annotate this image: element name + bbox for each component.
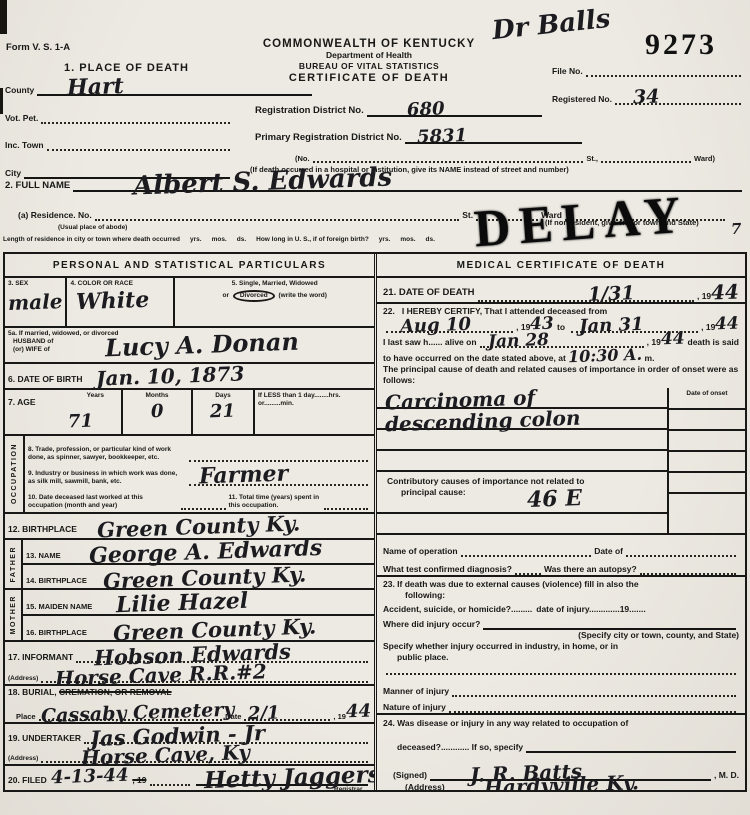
mos2-label: mos.	[400, 236, 415, 244]
father-block: FATHER 13. NAME George A. Edwards 14. BI…	[5, 540, 374, 590]
cause-line-3	[377, 430, 667, 451]
q24-line-1: 24. Was disease or injury in any way rel…	[383, 718, 739, 729]
months-value: 0	[150, 403, 163, 421]
registrar-line: Hetty Jaggers Registrar.	[196, 774, 369, 786]
trade-row: 8. Trade, profession, or particular kind…	[28, 438, 371, 462]
primary-district-line: 5831	[405, 132, 582, 144]
yrs-label: yrs.	[190, 236, 202, 244]
residence-no-line	[95, 211, 460, 221]
primary-district-label: Primary Registration District No.	[255, 132, 402, 144]
race-label: 4. COLOR OR RACE	[70, 280, 170, 288]
occupation-fields: 8. Trade, profession, or particular kind…	[25, 436, 374, 512]
onset-header: Date of onset	[669, 388, 745, 410]
informant-block: 17. INFORMANT Hobson Edwards (Address) H…	[5, 642, 374, 686]
marital-circled-word: Divorced	[233, 290, 275, 302]
onset-row	[669, 494, 745, 533]
cause-line-6	[377, 514, 667, 533]
residence-st-label: St.	[462, 210, 473, 221]
certificate-title: CERTIFICATE OF DEATH	[228, 72, 510, 84]
registration-district-label: Registration District No.	[255, 105, 364, 117]
city-label: City	[5, 168, 21, 179]
specify-label-2: public place.	[383, 652, 739, 663]
m-label: m.	[645, 353, 655, 363]
accident-row: Accident, suicide, or homicide?.........…	[383, 601, 739, 615]
commonwealth-title: COMMONWEALTH OF KENTUCKY	[228, 38, 510, 50]
date-of-death-label: 21. DATE OF DEATH	[383, 287, 475, 299]
q24-row-2: deceased?............ If so, specify	[383, 735, 739, 753]
occupation-block: OCCUPATION 8. Trade, profession, or part…	[5, 436, 374, 514]
burial-year-value: 44	[346, 703, 372, 722]
to-word: to	[557, 322, 565, 333]
last-saw-value: Jan 28	[487, 332, 549, 351]
certificate-number: 9273	[645, 28, 717, 62]
where-label: Where did injury occur?	[383, 619, 480, 630]
scan-artifact	[0, 88, 3, 114]
informant-address-row: (Address) Horse Cave R.R.#2	[8, 663, 371, 683]
physician-address-row: (Address) Hardyville Ky.	[377, 781, 745, 790]
undertaker-address-label: (Address)	[8, 755, 38, 763]
dob-value: Jan. 10, 1873	[96, 363, 245, 388]
medical-column: MEDICAL CERTIFICATE OF DEATH 21. DATE OF…	[377, 254, 745, 790]
delay-stamp: DELAY	[472, 183, 691, 259]
inc-town-label: Inc. Town	[5, 140, 44, 151]
contributory-label-1: Contributory causes of importance not re…	[387, 476, 667, 487]
spouse-label-3: (or) WIFE of	[8, 346, 119, 354]
operation-date-line	[626, 547, 736, 557]
burial-year-19: , 19	[333, 712, 346, 721]
test-line	[515, 565, 541, 575]
residence-label: (a) Residence. No.	[18, 210, 92, 221]
ward-line	[601, 153, 691, 163]
inc-town-field: Inc. Town	[5, 140, 233, 151]
length-label: Length of residence in city or town wher…	[3, 236, 180, 244]
certify-block: 22. I HEREBY CERTIFY, That I attended de…	[377, 304, 745, 388]
vot-pet-line	[41, 114, 230, 124]
cause-line-2: descending colon	[377, 409, 667, 430]
undertaker-address-row: (Address) Horse Cave, Ky	[8, 744, 371, 763]
place-of-death-title: 1. PLACE OF DEATH	[64, 62, 189, 74]
primary-district-value: 5831	[416, 127, 467, 147]
date-of-death-value: 1/31	[587, 284, 634, 305]
vot-pet-label: Vot. Pet.	[5, 113, 38, 124]
sex-cell: 3. SEX male	[5, 278, 67, 326]
industry-label: 9. Industry or business in which work wa…	[28, 470, 186, 486]
to-value: Jan 31	[579, 316, 644, 336]
nature-line	[449, 703, 736, 713]
to-year: 44	[715, 316, 739, 334]
vot-pet-field: Vot. Pet.	[5, 113, 233, 124]
father-strip: FATHER	[5, 540, 23, 588]
undertaker-label: 19. UNDERTAKER	[8, 733, 81, 744]
nature-of-injury-row: Nature of injury	[377, 697, 745, 715]
spouse-label-2: HUSBAND of	[8, 338, 119, 346]
county-line: Hart	[37, 84, 312, 96]
operation-date-label: Date of	[594, 546, 623, 557]
mother-name-label: 15. MAIDEN NAME	[26, 602, 92, 611]
age-less-cell: If LESS than 1 day........hrs. or.......…	[255, 390, 374, 434]
spouse-value: Lucy A. Donan	[105, 330, 300, 361]
dod-19: , 19	[697, 291, 711, 302]
from-value: Aug 10	[400, 316, 472, 336]
undertaker-address-value: Horse Cave, Ky	[81, 742, 251, 768]
operation-label: Name of operation	[383, 546, 458, 557]
months-label: Months	[126, 392, 188, 400]
yrs2-label: yrs.	[379, 236, 391, 244]
document-header: COMMONWEALTH OF KENTUCKY Department of H…	[228, 38, 510, 84]
mother-name-row: 15. MAIDEN NAME Lilie Hazel	[23, 590, 374, 616]
manner-line	[452, 687, 736, 697]
ds2-label: ds.	[426, 236, 435, 244]
registered-no-line: 34	[615, 95, 741, 105]
signed-label: (Signed)	[393, 770, 427, 781]
operation-row: Name of operation Date of	[377, 535, 745, 557]
operation-line	[461, 547, 592, 557]
medical-title-text: MEDICAL CERTIFICATE OF DEATH	[457, 260, 666, 271]
where-injury-row: Where did injury occur?	[383, 615, 739, 630]
where-line	[483, 618, 736, 630]
sex-label: 3. SEX	[8, 280, 62, 288]
registered-no-value: 34	[633, 88, 660, 108]
registered-no-field: Registered No. 34	[552, 94, 744, 105]
personal-column: PERSONAL AND STATISTICAL PARTICULARS 3. …	[5, 254, 377, 790]
q24-line-2: deceased?............ If so, specify	[383, 742, 523, 753]
industry-value: Farmer	[199, 462, 289, 487]
date-of-onset-box: Date of onset	[667, 388, 745, 533]
burial-place-label: Place	[16, 712, 36, 721]
age-years-cell: 7. AGE Years 71	[5, 390, 123, 434]
burial-label-row: 18. BURIAL, CREMATION, OR REMOVAL	[8, 687, 371, 698]
last-worked-label: 10. Date deceased last worked at this oc…	[28, 494, 178, 510]
external-causes-block: 23. If death was due to external causes …	[377, 577, 745, 677]
street-note-row: (No. St., Ward)	[295, 153, 715, 163]
full-name-value: Albert S. Edwards	[133, 165, 393, 200]
primary-district-field: Primary Registration District No. 5831	[255, 132, 585, 144]
undertaker-address-line: Horse Cave, Ky	[41, 753, 368, 763]
doctor-annotation: Dr Balls	[491, 6, 612, 44]
file-no-label: File No.	[552, 66, 583, 77]
total-time-label: 11. Total time (years) spent in this occ…	[229, 494, 321, 510]
personal-title-text: PERSONAL AND STATISTICAL PARTICULARS	[53, 260, 326, 271]
burial-block: 18. BURIAL, CREMATION, OR REMOVAL Place …	[5, 686, 374, 724]
test-label: What test confirmed diagnosis?	[383, 564, 512, 575]
manner-label: Manner of injury	[383, 686, 449, 697]
to-19: , 19	[701, 322, 715, 333]
mother-strip: MOTHER	[5, 590, 23, 640]
ds-label: ds.	[237, 236, 246, 244]
mother-name-value: Lilie Hazel	[116, 590, 249, 617]
burial-place-line: Cassaby Cemetery	[39, 711, 223, 721]
specify-label-1: Specify whether injury occurred in indus…	[383, 641, 739, 652]
age-row: 7. AGE Years 71 Months 0 Days 21 If LESS…	[5, 390, 374, 436]
filed-19: , 19	[132, 775, 146, 786]
mos-label: mos.	[212, 236, 227, 244]
occupation-strip: OCCUPATION	[5, 436, 25, 512]
filed-value: 4-13-44	[50, 767, 128, 788]
date-of-death-row: 21. DATE OF DEATH 1/31 , 19 44	[377, 278, 745, 304]
time-value: 10:30 A.	[568, 347, 643, 366]
trade-label: 8. Trade, profession, or particular kind…	[28, 446, 186, 462]
test-autopsy-row: What test confirmed diagnosis? Was there…	[377, 557, 745, 577]
file-no-line	[586, 67, 741, 77]
margin-mark: 7	[731, 222, 742, 237]
informant-address-value: Horse Cave R.R.#2	[55, 661, 267, 688]
filed-line	[150, 776, 190, 786]
injury-date-label: date of injury.............19.......	[536, 604, 645, 615]
years-label: Years	[87, 392, 104, 400]
ward-label: Ward)	[694, 154, 715, 163]
dob-label: 6. DATE OF BIRTH	[8, 374, 82, 385]
dob-row: 6. DATE OF BIRTH Jan. 10, 1873	[5, 364, 374, 390]
father-strip-label: FATHER	[10, 546, 17, 582]
days-label: Days	[196, 392, 250, 400]
mother-birthplace-label: 16. BIRTHPLACE	[26, 628, 87, 637]
occurred-text: to have occurred on the date stated abov…	[383, 353, 566, 363]
sex-race-marital-row: 3. SEX male 4. COLOR OR RACE White 5. Si…	[5, 278, 374, 328]
burial-struck-label: CREMATION, OR REMOVAL	[59, 687, 172, 697]
onset-row	[669, 452, 745, 473]
physician-address-value: Hardyville Ky.	[483, 773, 638, 790]
father-birthplace-label: 14. BIRTHPLACE	[26, 576, 87, 585]
age-months-cell: Months 0	[123, 390, 193, 434]
father-name-row: 13. NAME George A. Edwards	[23, 540, 374, 565]
marital-or: or	[223, 292, 230, 299]
undertaker-block: 19. UNDERTAKER Jas Godwin - Jr (Address)…	[5, 724, 374, 766]
dod-year-value: 44	[711, 282, 740, 303]
contributory-block: Contributory causes of importance not re…	[377, 472, 667, 514]
burial-place-row: Place Cassaby Cemetery Date 2/1 , 19 44	[8, 698, 371, 721]
age-label: 7. AGE	[8, 397, 36, 407]
physician-address-label: (Address)	[405, 782, 445, 790]
accident-label: Accident, suicide, or homicide?.........	[383, 604, 532, 615]
last-saw-19: , 19	[647, 337, 661, 348]
contributory-value: 46 E	[527, 487, 583, 511]
county-field: County Hart	[5, 84, 315, 96]
marital-cell: 5. Single, Married, Widowed or Divorced …	[175, 278, 374, 326]
father-fields: 13. NAME George A. Edwards 14. BIRTHPLAC…	[23, 540, 374, 588]
file-no-field: File No.	[552, 66, 744, 77]
last-saw-label: I last saw h...... alive on	[383, 337, 477, 348]
industry-row: 9. Industry or business in which work wa…	[28, 462, 371, 486]
occupation-strip-label: OCCUPATION	[11, 443, 18, 504]
mother-strip-label: MOTHER	[10, 595, 17, 634]
marital-rest: (write the word)	[279, 292, 327, 299]
registrar-label: Registrar.	[334, 786, 364, 790]
st-label: St.,	[586, 154, 598, 163]
specify-note: (Specify city or town, county, and State…	[383, 630, 739, 641]
race-value: White	[76, 289, 150, 314]
birthplace-label: 12. BIRTHPLACE	[8, 524, 77, 535]
scan-artifact	[0, 0, 7, 34]
days-value: 21	[210, 402, 236, 421]
attended-dates-row: Aug 10 , 19 43 to Jan 31 , 19 44	[383, 317, 739, 333]
county-value: Hart	[67, 75, 125, 99]
cause-line-1: Carcinoma of	[377, 388, 667, 409]
onset-row	[669, 431, 745, 452]
street-no-label: (No.	[295, 154, 310, 163]
registration-district-field: Registration District No. 680	[255, 105, 545, 117]
marital-label-line1: 5. Single, Married, Widowed	[178, 280, 371, 288]
onset-row	[669, 473, 745, 494]
sex-value: male	[8, 291, 63, 313]
father-birthplace-value: Green County Ky.	[103, 563, 307, 591]
spouse-label-1: 5a. If married, widowed, or divorced	[8, 330, 119, 338]
bureau-line: BUREAU OF VITAL STATISTICS	[228, 61, 510, 72]
q23-line-1: 23. If death was due to external causes …	[383, 579, 739, 590]
abode-note: (Usual place of abode)	[58, 224, 127, 232]
burial-label: 18. BURIAL,	[8, 687, 57, 697]
manner-of-injury-row: Manner of injury	[377, 677, 745, 697]
public-place-line-row	[383, 663, 739, 675]
mother-fields: 15. MAIDEN NAME Lilie Hazel 16. BIRTHPLA…	[23, 590, 374, 640]
nature-label: Nature of injury	[383, 702, 446, 713]
onset-row	[669, 410, 745, 431]
last-worked-row: 10. Date deceased last worked at this oc…	[28, 486, 371, 510]
principal-cause-text: The principal cause of death and related…	[383, 364, 739, 386]
spouse-label-block: 5a. If married, widowed, or divorced HUS…	[8, 330, 119, 360]
autopsy-line	[640, 565, 736, 575]
father-name-label: 13. NAME	[26, 551, 61, 560]
filed-label: 20. FILED	[8, 775, 47, 786]
date-of-death-line: 1/31	[478, 292, 694, 302]
death-said-text: death is said	[688, 337, 740, 348]
last-saw-year: 44	[661, 331, 685, 349]
registered-no-label: Registered No.	[552, 94, 612, 105]
medical-section-title: MEDICAL CERTIFICATE OF DEATH	[377, 254, 745, 278]
mother-birthplace-row: 16. BIRTHPLACE Green County Ky.	[23, 616, 374, 640]
informant-address-line: Horse Cave R.R.#2	[41, 673, 368, 683]
age-days-cell: Days 21	[193, 390, 255, 434]
death-certificate-scan: Form V. S. 1-A 1. PLACE OF DEATH County …	[0, 0, 750, 815]
cause-of-death-area: Carcinoma of descending colon Contributo…	[377, 388, 745, 535]
registration-district-line: 680	[367, 105, 542, 117]
q23-line-2: following:	[383, 590, 739, 601]
occupation-relation-block: 24. Was disease or injury in any way rel…	[377, 715, 745, 757]
informant-row: 17. INFORMANT Hobson Edwards	[8, 643, 371, 663]
inc-town-line	[47, 141, 230, 151]
certificate-table: PERSONAL AND STATISTICAL PARTICULARS 3. …	[3, 252, 747, 792]
registration-district-value: 680	[406, 101, 444, 120]
full-name-label: 2. FULL NAME	[5, 180, 70, 192]
informant-address-label: (Address)	[8, 675, 38, 683]
street-line	[313, 153, 584, 163]
total-time-line	[324, 500, 369, 510]
department-line: Department of Health	[228, 50, 510, 61]
county-label: County	[5, 85, 34, 96]
foreign-label: How long in U. S., if of foreign birth?	[256, 236, 369, 244]
spouse-row: 5a. If married, widowed, or divorced HUS…	[5, 328, 374, 364]
years-value: 71	[68, 413, 94, 432]
item-22: 22.	[383, 306, 395, 316]
mother-block: MOTHER 15. MAIDEN NAME Lilie Hazel 16. B…	[5, 590, 374, 642]
father-birthplace-row: 14. BIRTHPLACE Green County Ky.	[23, 565, 374, 588]
personal-section-title: PERSONAL AND STATISTICAL PARTICULARS	[5, 254, 374, 278]
marital-label-line2: or Divorced (write the word)	[178, 290, 371, 302]
physician-address-line: Hardyville Ky.	[448, 781, 702, 790]
occurred-row: to have occurred on the date stated abov…	[383, 348, 739, 364]
cause-line-4	[377, 451, 667, 472]
autopsy-label: Was there an autopsy?	[544, 564, 637, 575]
informant-label: 17. INFORMANT	[8, 652, 73, 663]
race-cell: 4. COLOR OR RACE White	[67, 278, 175, 326]
if-so-specify-line	[526, 741, 736, 753]
form-number: Form V. S. 1-A	[6, 42, 70, 54]
filed-row: 20. FILED 4-13-44 , 19 Hetty Jaggers Reg…	[5, 766, 374, 790]
md-label: , M. D.	[714, 770, 739, 781]
industry-line: Farmer	[189, 476, 368, 486]
cause-lines: Carcinoma of descending colon Contributo…	[377, 388, 667, 533]
public-place-line	[386, 665, 736, 675]
last-worked-line	[181, 500, 226, 510]
